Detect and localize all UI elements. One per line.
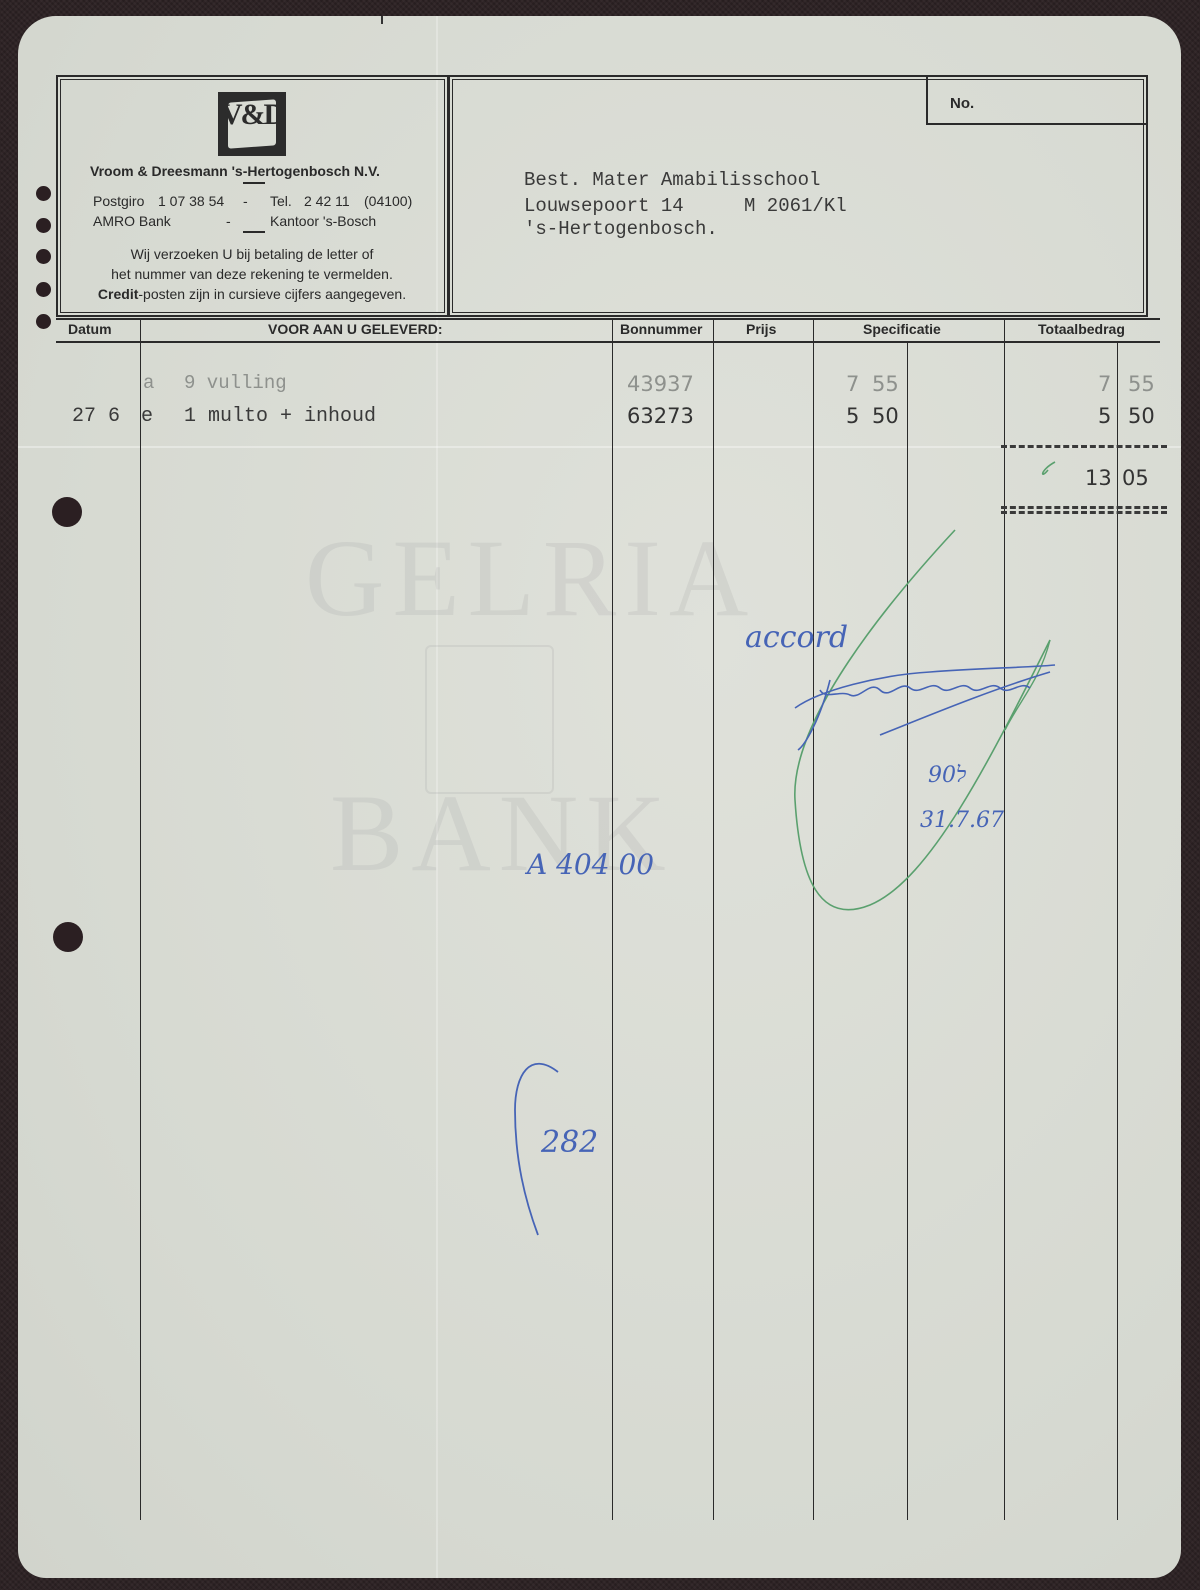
handwritten-date: 31.7.67 <box>920 808 1004 833</box>
handwritten-account: A 404 00 <box>527 848 654 881</box>
handwritten-code: 9ל0 <box>928 762 966 788</box>
green-check-mark-icon <box>0 0 1200 1590</box>
approval-handwriting: accord <box>745 620 848 655</box>
handwritten-folio: 282 <box>541 1125 598 1160</box>
